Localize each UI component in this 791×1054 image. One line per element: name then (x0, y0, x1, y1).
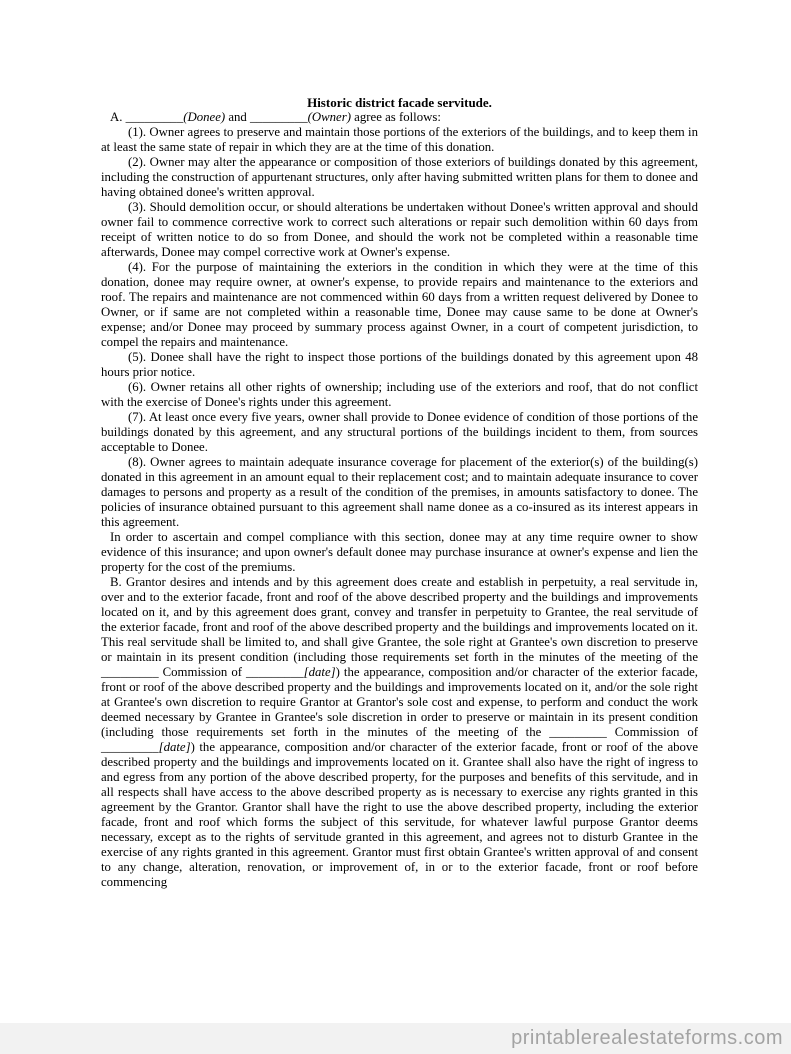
paragraph-9: (8). Owner agrees to maintain adequate i… (101, 455, 698, 530)
paragraph-7: (6). Owner retains all other rights of o… (101, 380, 698, 410)
paragraph-3: (2). Owner may alter the appearance or c… (101, 155, 698, 200)
paragraph-4: (3). Should demolition occur, or should … (101, 200, 698, 260)
paragraph-11: B. Grantor desires and intends and by th… (101, 575, 698, 890)
paragraph-2: (1). Owner agrees to preserve and mainta… (101, 125, 698, 155)
paragraph-8: (7). At least once every five years, own… (101, 410, 698, 455)
document-title: Historic district facade servitude. (101, 95, 698, 110)
watermark-text: printablerealestateforms.com (511, 1027, 783, 1050)
paragraph-1: A. _________(Donee) and _________(Owner)… (101, 110, 698, 125)
document-body: Historic district facade servitude. A. _… (101, 95, 698, 890)
watermark-bar: printablerealestateforms.com (0, 1023, 791, 1054)
document-page: Historic district facade servitude. A. _… (0, 0, 791, 1054)
paragraph-5: (4). For the purpose of maintaining the … (101, 260, 698, 350)
paragraph-6: (5). Donee shall have the right to inspe… (101, 350, 698, 380)
paragraph-10: In order to ascertain and compel complia… (101, 530, 698, 575)
